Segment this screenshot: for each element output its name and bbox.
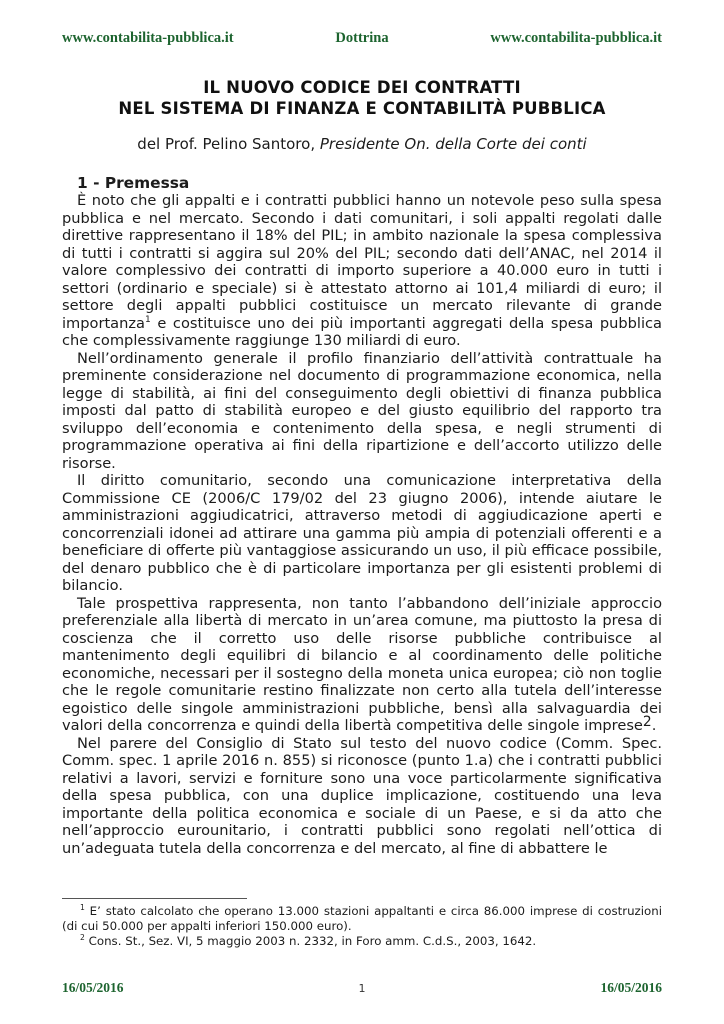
footnotes-section: 1 E’ stato calcolato che operano 13.000 … <box>62 898 662 949</box>
paragraph-4-text-cont: . <box>652 717 657 734</box>
page-number: 1 <box>359 982 366 995</box>
footnote-1: 1 E’ stato calcolato che operano 13.000 … <box>62 904 662 934</box>
document-page: www.contabilita-pubblica.it Dottrina www… <box>0 0 724 1024</box>
header-left-url: www.contabilita-pubblica.it <box>62 30 234 47</box>
footnote-2: 2 Cons. St., Sez. VI, 5 maggio 2003 n. 2… <box>62 934 662 949</box>
paragraph-4-text: Tale prospettiva rappresenta, non tanto … <box>62 595 662 735</box>
paragraph-1: È noto che gli appalti e i contratti pub… <box>62 192 662 350</box>
paragraph-1-text-cont: e costituisce uno dei più importanti agg… <box>62 315 662 350</box>
document-title: IL NUOVO CODICE DEI CONTRATTI NEL SISTEM… <box>62 78 662 119</box>
footnote-1-text: E’ stato calcolato che operano 13.000 st… <box>62 904 662 933</box>
page-header: www.contabilita-pubblica.it Dottrina www… <box>62 30 662 47</box>
paragraph-5: Nel parere del Consiglio di Stato sul te… <box>62 735 662 858</box>
footer-date-right: 16/05/2016 <box>600 980 662 996</box>
title-line-2: NEL SISTEMA DI FINANZA E CONTABILITÀ PUB… <box>62 99 662 120</box>
footnote-2-text: Cons. St., Sez. VI, 5 maggio 2003 n. 233… <box>85 934 536 948</box>
author-byline: del Prof. Pelino Santoro, Presidente On.… <box>62 135 662 153</box>
document-content: IL NUOVO CODICE DEI CONTRATTI NEL SISTEM… <box>62 78 662 857</box>
paragraph-2: Nell’ordinamento generale il profilo fin… <box>62 350 662 473</box>
paragraph-3: Il diritto comunitario, secondo una comu… <box>62 472 662 595</box>
byline-author: del Prof. Pelino Santoro, <box>137 135 320 153</box>
page-footer: 16/05/2016 1 16/05/2016 <box>62 980 662 996</box>
header-center-label: Dottrina <box>335 30 388 47</box>
byline-role: Presidente On. della Corte dei conti <box>320 135 587 153</box>
footnote-ref-2: 2 <box>643 714 652 730</box>
paragraph-4: Tale prospettiva rappresenta, non tanto … <box>62 595 662 735</box>
header-right-url: www.contabilita-pubblica.it <box>490 30 662 47</box>
section-heading: 1 - Premessa <box>62 174 662 192</box>
footnote-separator <box>62 898 247 899</box>
footer-date-left: 16/05/2016 <box>62 980 124 996</box>
paragraph-1-text: È noto che gli appalti e i contratti pub… <box>62 192 662 332</box>
body-text: 1 - Premessa È noto che gli appalti e i … <box>62 174 662 857</box>
title-line-1: IL NUOVO CODICE DEI CONTRATTI <box>62 78 662 99</box>
